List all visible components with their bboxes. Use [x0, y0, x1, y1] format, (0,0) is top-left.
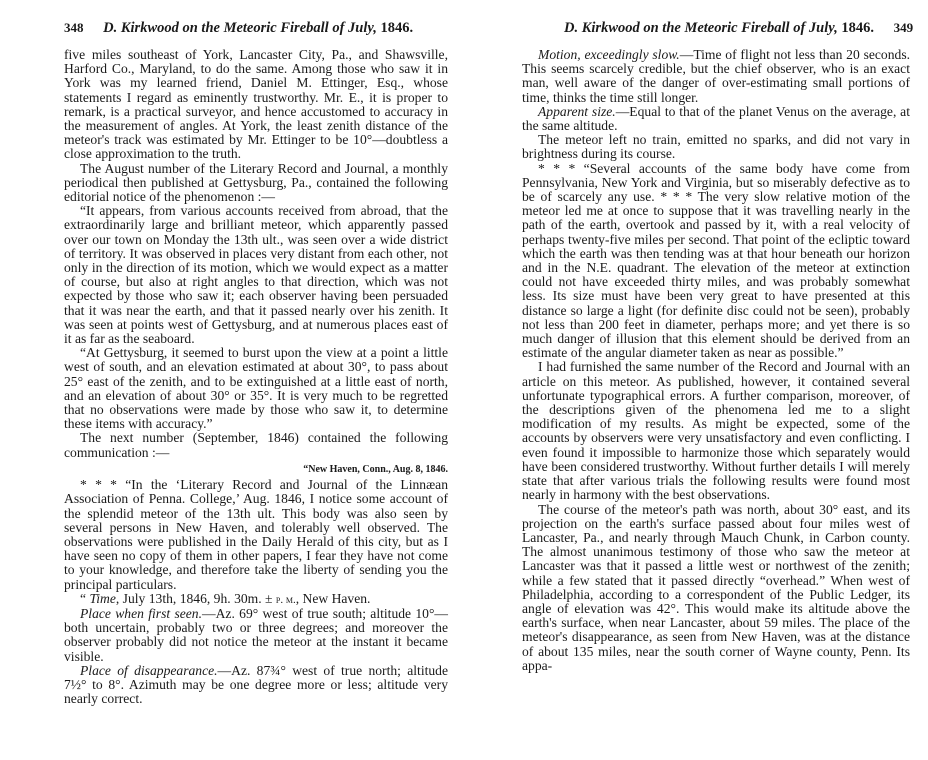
text-run: The August number of the Literary Record…	[64, 161, 448, 204]
text-run: p. m.	[276, 594, 296, 606]
text-run: Apparent size.	[538, 104, 616, 119]
text-run: Time	[89, 591, 115, 606]
paragraph: “ Time, July 13th, 1846, 9h. 30m. ± p. m…	[64, 592, 448, 607]
paragraphs: five miles southeast of York, Lancaster …	[64, 48, 448, 460]
text-run: Motion, exceedingly slow.	[538, 47, 680, 62]
running-head-year: 1846.	[381, 20, 414, 36]
text-run: , New Haven.	[296, 591, 371, 606]
left-page: 348 D. Kirkwood on the Meteoric Fireball…	[0, 0, 464, 760]
text-run: The next number (September, 1846) contai…	[64, 430, 448, 459]
text-run: “At Gettysburg, it seemed to burst upon …	[64, 345, 448, 431]
paragraph: I had furnished the same number of the R…	[522, 360, 910, 502]
text-run: The meteor left no train, emitted no spa…	[522, 132, 910, 161]
paragraph: five miles southeast of York, Lancaster …	[64, 48, 448, 162]
paragraph: Motion, exceedingly slow.—Time of flight…	[522, 48, 910, 105]
running-head-title: D. Kirkwood on the Meteoric Fireball of …	[564, 20, 838, 36]
paragraph: The August number of the Literary Record…	[64, 162, 448, 205]
paragraph: * * * “In the ‘Literary Record and Journ…	[64, 478, 448, 592]
paragraph: * * * “Several accounts of the same body…	[522, 162, 910, 361]
paragraph: “It appears, from various accounts recei…	[64, 204, 448, 346]
paragraphs: Motion, exceedingly slow.—Time of flight…	[522, 48, 910, 673]
paragraph: The course of the meteor's path was nort…	[522, 503, 910, 673]
page-number: 348	[64, 20, 84, 35]
running-head-year: 1846.	[841, 20, 874, 36]
running-head: 348 D. Kirkwood on the Meteoric Fireball…	[64, 19, 413, 37]
text-run: * * * “In the ‘Literary Record and Journ…	[64, 477, 448, 591]
paragraph: The meteor left no train, emitted no spa…	[522, 133, 910, 161]
text-run: Place of disappearance.	[80, 663, 218, 678]
page-body: Motion, exceedingly slow.—Time of flight…	[522, 48, 910, 673]
text-run: , July 13th, 1846, 9h. 30m. ±	[116, 591, 276, 606]
right-page: D. Kirkwood on the Meteoric Fireball of …	[464, 0, 928, 760]
text-run: I had furnished the same number of the R…	[522, 359, 910, 502]
paragraph: “At Gettysburg, it seemed to burst upon …	[64, 346, 448, 431]
letter-dateline: “New Haven, Conn., Aug. 8, 1846.	[64, 463, 448, 477]
letter-paragraphs: * * * “In the ‘Literary Record and Journ…	[64, 478, 448, 706]
page-number: 349	[894, 20, 914, 35]
text-run: * * * “Several accounts of the same body…	[522, 161, 910, 361]
page-body: five miles southeast of York, Lancaster …	[64, 48, 448, 706]
text-run: five miles southeast of York, Lancaster …	[64, 47, 448, 161]
running-head: D. Kirkwood on the Meteoric Fireball of …	[564, 19, 912, 37]
text-run: The course of the meteor's path was nort…	[522, 502, 910, 673]
running-head-title: D. Kirkwood on the Meteoric Fireball of …	[103, 20, 377, 36]
paragraph: Apparent size.—Equal to that of the plan…	[522, 105, 910, 133]
text-run: “It appears, from various accounts recei…	[64, 203, 448, 346]
text-run: Place when first seen.	[80, 606, 202, 621]
paragraph: The next number (September, 1846) contai…	[64, 431, 448, 459]
paragraph: Place when first seen.—Az. 69° west of t…	[64, 607, 448, 664]
paragraph: Place of disappearance.—Az. 87¾° west of…	[64, 664, 448, 707]
